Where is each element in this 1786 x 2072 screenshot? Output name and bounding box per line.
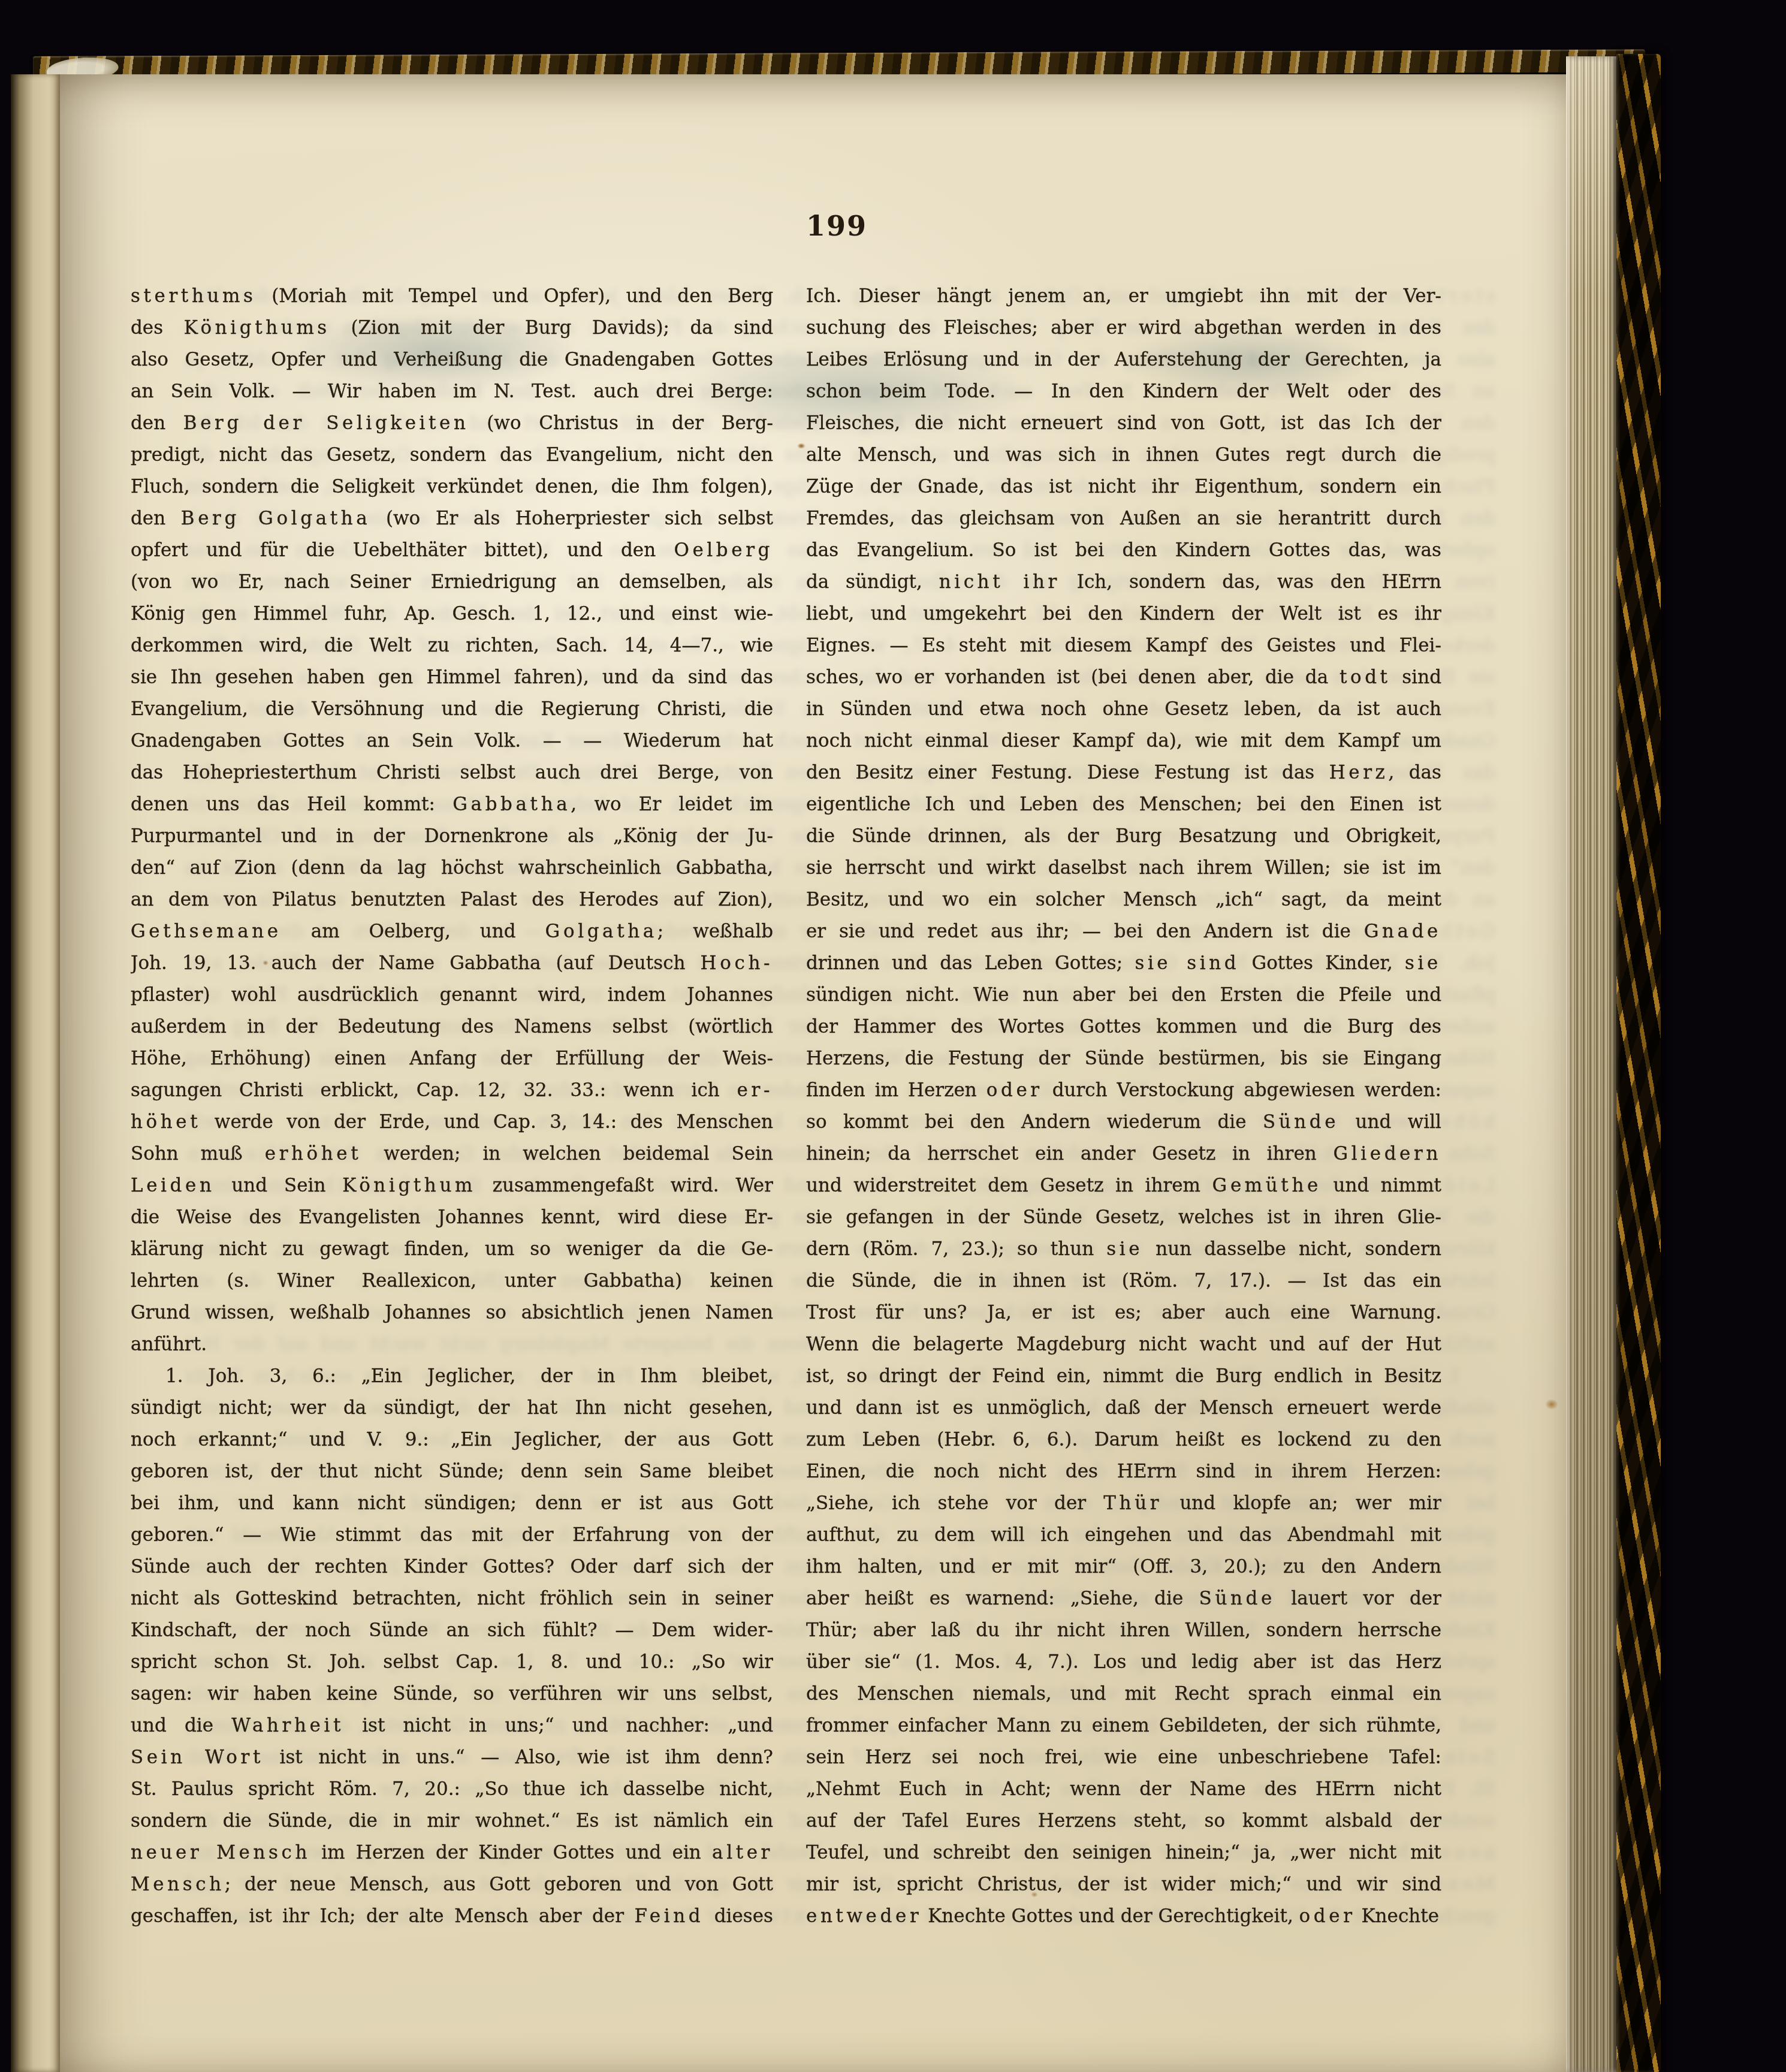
text-line: 1. Joh. 3, 6.: „Ein Jeglicher, der in Ih… xyxy=(131,1361,773,1392)
text-line: klärung nicht zu gewagt finden, um so we… xyxy=(131,1233,773,1265)
text-line: Sünde auch der rechten Kinder Gottes? Od… xyxy=(131,1551,773,1583)
text-line: Joh. 19, 13. auch der Name Gabbatha (auf… xyxy=(131,948,773,979)
text-line: Besitz, und wo ein solcher Mensch „ich“ … xyxy=(806,884,1441,916)
text-line: opfert und für die Uebelthäter bittet), … xyxy=(131,535,773,566)
text-line: sie Ihn gesehen haben gen Himmel fahren)… xyxy=(131,662,773,693)
text-line: finden im Herzen oder durch Verstockung … xyxy=(806,1075,1441,1106)
text-line: Teufel, und schreibt den seinigen hinein… xyxy=(806,1837,1441,1869)
text-line: ist, so dringt der Feind ein, nimmt die … xyxy=(806,1361,1441,1392)
text-line: spricht schon St. Joh. selbst Cap. 1, 8.… xyxy=(131,1646,773,1678)
text-line: Eignes. — Es steht mit diesem Kampf des … xyxy=(806,630,1441,662)
page-number: 199 xyxy=(789,210,885,242)
text-line: Sein Wort ist nicht in uns.“ — Also, wie… xyxy=(131,1742,773,1774)
text-line: das Hohepriesterthum Christi selbst auch… xyxy=(131,757,773,789)
text-line: er sie und redet aus ihr; — bei den Ande… xyxy=(806,916,1441,948)
text-line: mir ist, spricht Christus, der ist wider… xyxy=(806,1869,1441,1901)
text-line: das Evangelium. So ist bei den Kindern G… xyxy=(806,535,1441,566)
text-line: Kindschaft, der noch Sünde an sich fühlt… xyxy=(131,1615,773,1646)
text-line: Gethsemane am Oelberg, und Golgatha; weß… xyxy=(131,916,773,948)
text-line: sches, wo er vorhanden ist (bei denen ab… xyxy=(806,662,1441,693)
scanned-book-photo: sterthums (Moriah mit Tempel und Opfer),… xyxy=(0,0,1786,2072)
text-line: neuer Mensch im Herzen der Kinder Gottes… xyxy=(131,1837,773,1869)
text-line: über sie“ (1. Mos. 4, 7.). Los und ledig… xyxy=(806,1646,1441,1678)
text-line: Evangelium, die Versöhnung und die Regie… xyxy=(131,693,773,725)
text-line: Fluch, sondern die Seligkeit verkündet d… xyxy=(131,471,773,503)
text-line: sündigen nicht. Wie nun aber bei den Ers… xyxy=(806,979,1441,1011)
text-line: Leiden und Sein Königthum zusammengefaßt… xyxy=(131,1170,773,1202)
text-line: Wenn die belagerte Magdeburg nicht wacht… xyxy=(806,1329,1441,1361)
foxing-stain xyxy=(1545,1399,1558,1410)
text-line: sagungen Christi erblickt, Cap. 12, 32. … xyxy=(131,1075,773,1106)
text-column-left: sterthums (Moriah mit Tempel und Opfer),… xyxy=(131,281,773,1932)
text-line: zum Leben (Hebr. 6, 6.). Darum heißt es … xyxy=(806,1424,1441,1456)
text-line: den Berg Golgatha (wo Er als Hoherpriest… xyxy=(131,503,773,535)
text-line: und dann ist es unmöglich, daß der Mensc… xyxy=(806,1392,1441,1424)
text-line: entweder Knechte Gottes und der Gerechti… xyxy=(806,1901,1441,1932)
text-line: Purpurmantel und in der Dornenkrone als … xyxy=(131,821,773,852)
text-line: sündigt nicht; wer da sündigt, der hat I… xyxy=(131,1392,773,1424)
text-line: dern (Röm. 7, 23.); so thun sie nun dass… xyxy=(806,1233,1441,1265)
text-line: ihm halten, und er mit mir“ (Off. 3, 20.… xyxy=(806,1551,1441,1583)
text-line: hinein; da herrschet ein ander Gesetz in… xyxy=(806,1138,1441,1170)
text-line: der Hammer des Wortes Gottes kommen und … xyxy=(806,1011,1441,1043)
text-line: pflaster) wohl ausdrücklich genannt wird… xyxy=(131,979,773,1011)
text-line: des Königthums (Zion mit der Burg Davids… xyxy=(131,312,773,344)
text-line: Sohn muß erhöhet werden; in welchen beid… xyxy=(131,1138,773,1170)
text-line: Mensch; der neue Mensch, aus Gott gebore… xyxy=(131,1869,773,1901)
text-line: die Sünde, die in ihnen ist (Röm. 7, 17.… xyxy=(806,1265,1441,1297)
text-line: Trost für uns? Ja, er ist es; aber auch … xyxy=(806,1297,1441,1329)
text-line: sterthums (Moriah mit Tempel und Opfer),… xyxy=(131,281,773,312)
text-line: eigentliche Ich und Leben des Menschen; … xyxy=(806,789,1441,821)
text-line: und widerstreitet dem Gesetz in ihrem Ge… xyxy=(806,1170,1441,1202)
text-line: an dem von Pilatus benutzten Palast des … xyxy=(131,884,773,916)
text-line: Züge der Gnade, das ist nicht ihr Eigent… xyxy=(806,471,1441,503)
page-gutter-sliver xyxy=(11,74,61,2072)
text-line: an Sein Volk. — Wir haben im N. Test. au… xyxy=(131,376,773,408)
text-line: Grund wissen, weßhalb Johannes so absich… xyxy=(131,1297,773,1329)
text-line: Fleisches, die nicht erneuert sind von G… xyxy=(806,408,1441,439)
text-line: Einen, die noch nicht des HErrn sind in … xyxy=(806,1456,1441,1488)
text-line: sie herrscht und wirkt daselbst nach ihr… xyxy=(806,852,1441,884)
text-line: aufthut, zu dem will ich eingehen und da… xyxy=(806,1519,1441,1551)
text-line: sagen: wir haben keine Sünde, so verführ… xyxy=(131,1678,773,1710)
text-line: auf der Tafel Eures Herzens steht, so ko… xyxy=(806,1805,1441,1837)
text-line: Gnadengaben Gottes an Sein Volk. — — Wie… xyxy=(131,725,773,757)
text-line: alte Mensch, und was sich in ihnen Gutes… xyxy=(806,439,1441,471)
text-line: denen uns das Heil kommt: Gabbatha, wo E… xyxy=(131,789,773,821)
text-line: also Gesetz, Opfer und Verheißung die Gn… xyxy=(131,344,773,376)
text-line: liebt, und umgekehrt bei den Kindern der… xyxy=(806,598,1441,630)
text-line: Ich. Dieser hängt jenem an, er umgiebt i… xyxy=(806,281,1441,312)
text-line: drinnen und das Leben Gottes; sie sind G… xyxy=(806,948,1441,979)
text-line: (von wo Er, nach Seiner Erniedrigung an … xyxy=(131,566,773,598)
text-line: schon beim Tode. — In den Kindern der We… xyxy=(806,376,1441,408)
text-line: geboren ist, der thut nicht Sünde; denn … xyxy=(131,1456,773,1488)
text-line: anführt. xyxy=(131,1329,773,1361)
text-line: den Besitz einer Festung. Diese Festung … xyxy=(806,757,1441,789)
text-line: aber heißt es warnend: „Siehe, die Sünde… xyxy=(806,1583,1441,1615)
text-column-right: Ich. Dieser hängt jenem an, er umgiebt i… xyxy=(806,281,1441,1932)
text-line: geschaffen, ist ihr Ich; der alte Mensch… xyxy=(131,1901,773,1932)
text-line: suchung des Fleisches; aber er wird abge… xyxy=(806,312,1441,344)
text-line: in Sünden und etwa noch ohne Gesetz lebe… xyxy=(806,693,1441,725)
foxing-stain xyxy=(797,443,805,449)
text-line: die Sünde drinnen, als der Burg Besatzun… xyxy=(806,821,1441,852)
text-line: geboren.“ — Wie stimmt das mit der Erfah… xyxy=(131,1519,773,1551)
text-line: nicht als Gotteskind betrachten, nicht f… xyxy=(131,1583,773,1615)
text-line: Thür; aber laß du ihr nicht ihren Willen… xyxy=(806,1615,1441,1646)
text-line: frommer einfacher Mann zu einem Gebildet… xyxy=(806,1710,1441,1742)
text-line: außerdem in der Bedeutung des Namens sel… xyxy=(131,1011,773,1043)
book-fore-edge-pages xyxy=(1566,56,1616,2072)
text-line: St. Paulus spricht Röm. 7, 20.: „So thue… xyxy=(131,1774,773,1805)
text-line: die Weise des Evangelisten Johannes kenn… xyxy=(131,1202,773,1233)
text-line: „Nehmt Euch in Acht; wenn der Name des H… xyxy=(806,1774,1441,1805)
text-line: sie gefangen in der Sünde Gesetz, welche… xyxy=(806,1202,1441,1233)
text-line: „Siehe, ich stehe vor der Thür und klopf… xyxy=(806,1488,1441,1519)
text-line: bei ihm, und kann nicht sündigen; denn e… xyxy=(131,1488,773,1519)
text-line: derkommen wird, die Welt zu richten, Sac… xyxy=(131,630,773,662)
text-line: den Berg der Seligkeiten (wo Christus in… xyxy=(131,408,773,439)
text-line: den“ auf Zion (denn da lag höchst wahrsc… xyxy=(131,852,773,884)
text-line: sein Herz sei noch frei, wie eine unbesc… xyxy=(806,1742,1441,1774)
marbled-cover-edge xyxy=(1616,54,1661,2072)
text-line: und die Wahrheit ist nicht in uns;“ und … xyxy=(131,1710,773,1742)
text-line: höhet werde von der Erde, und Cap. 3, 14… xyxy=(131,1106,773,1138)
text-line: Herzens, die Festung der Sünde bestürmen… xyxy=(806,1043,1441,1075)
text-line: da sündigt, nicht ihr Ich, sondern das, … xyxy=(806,566,1441,598)
text-line: Höhe, Erhöhung) einen Anfang der Erfüllu… xyxy=(131,1043,773,1075)
text-line: noch erkannt;“ und V. 9.: „Ein Jeglicher… xyxy=(131,1424,773,1456)
text-line: so kommt bei den Andern wiederum die Sün… xyxy=(806,1106,1441,1138)
text-line: Leibes Erlösung und in der Auferstehung … xyxy=(806,344,1441,376)
book-page: sterthums (Moriah mit Tempel und Opfer),… xyxy=(60,74,1566,2072)
text-line: des Menschen niemals, und mit Recht spra… xyxy=(806,1678,1441,1710)
text-line: König gen Himmel fuhr, Ap. Gesch. 1, 12.… xyxy=(131,598,773,630)
text-line: lehrten (s. Winer Reallexicon, unter Gab… xyxy=(131,1265,773,1297)
text-line: predigt, nicht das Gesetz, sondern das E… xyxy=(131,439,773,471)
text-line: sondern die Sünde, die in mir wohnet.“ E… xyxy=(131,1805,773,1837)
text-line: Fremdes, das gleichsam von Außen an sie … xyxy=(806,503,1441,535)
text-line: noch nicht einmal dieser Kampf da), wie … xyxy=(806,725,1441,757)
